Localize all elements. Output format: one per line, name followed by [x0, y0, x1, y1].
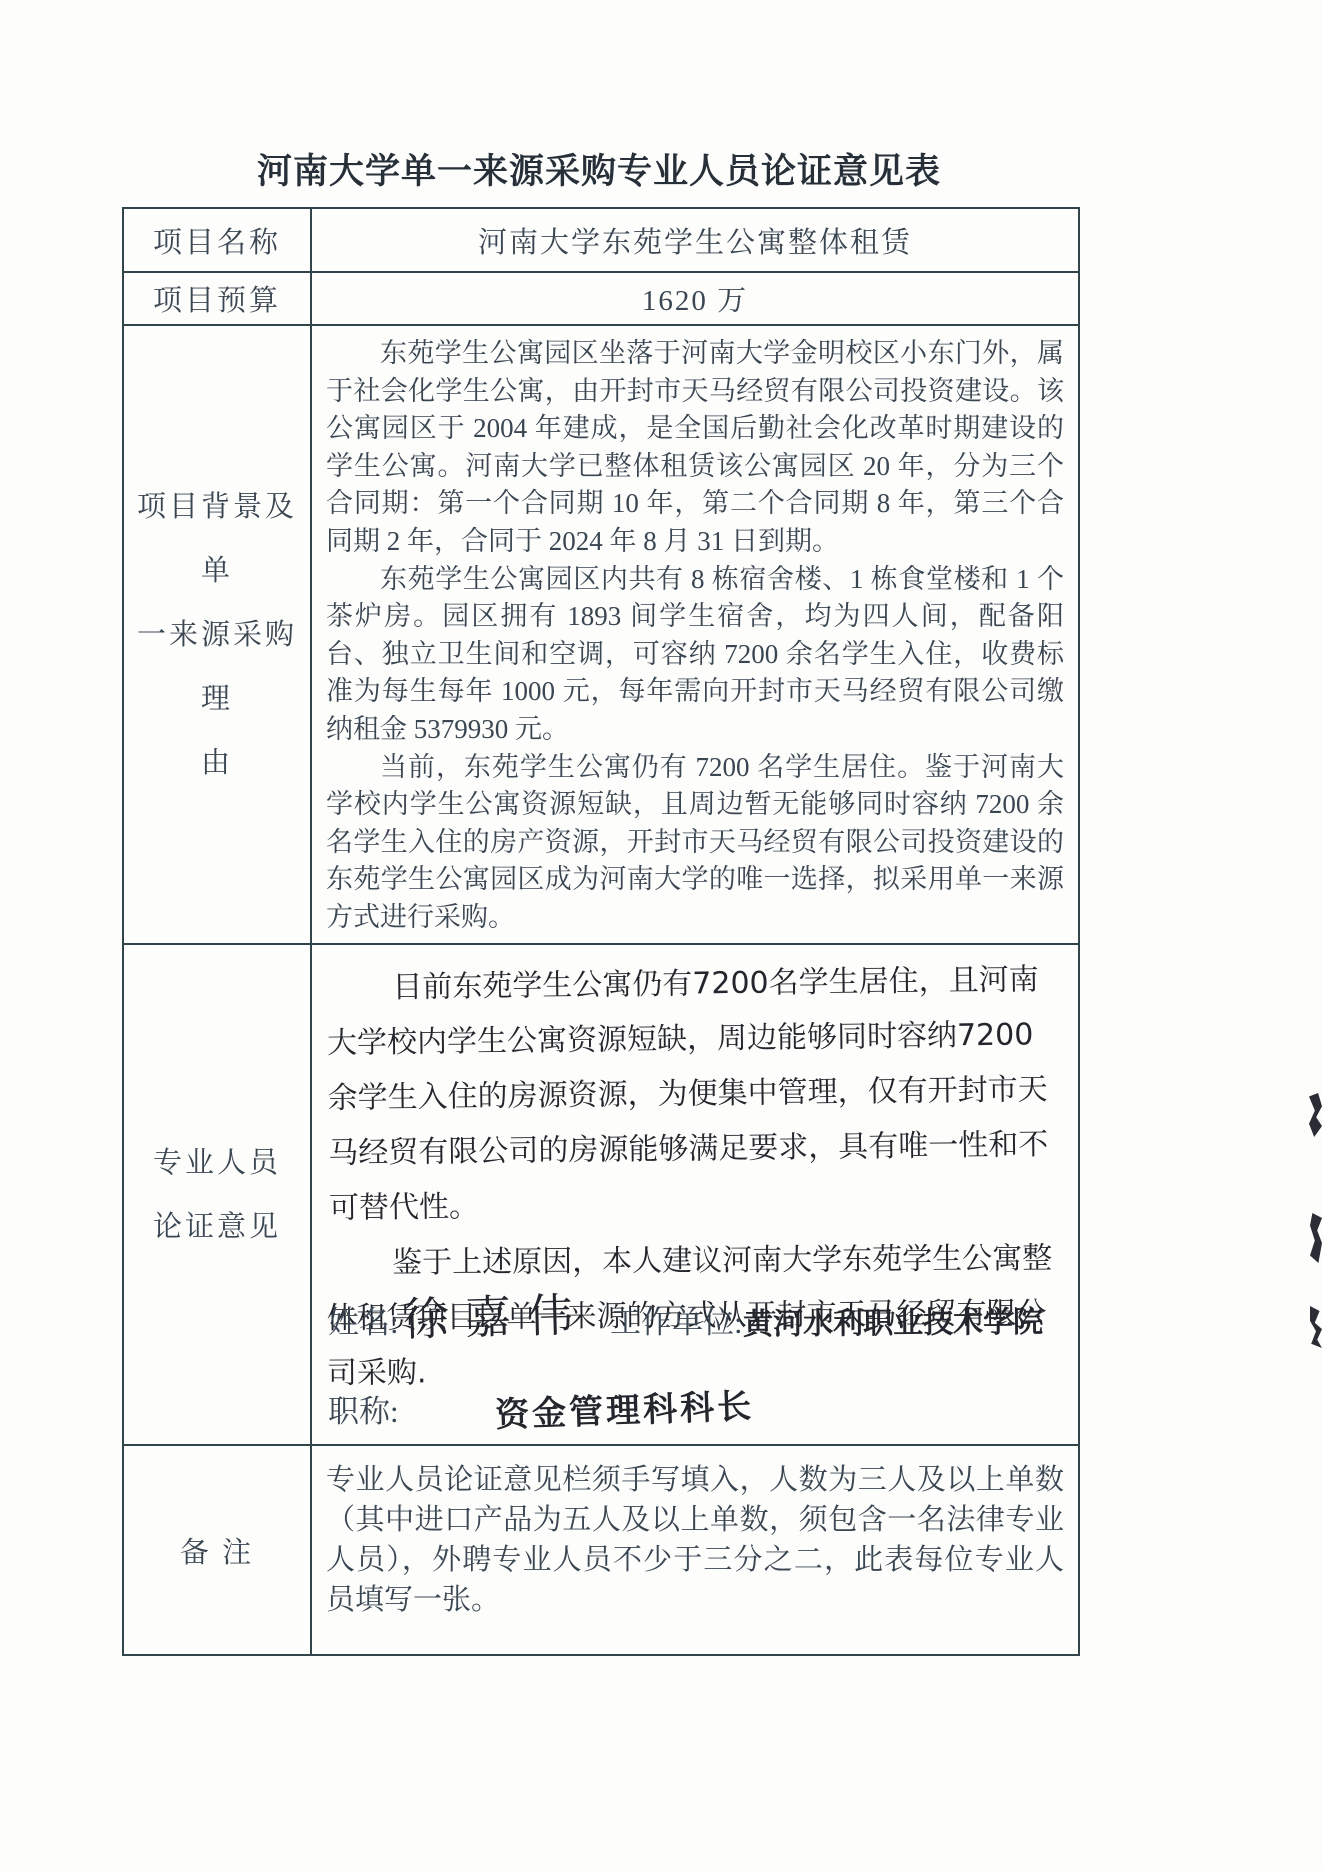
budget-value: 1620 万 [312, 273, 1078, 324]
name-label: 姓名: [328, 1297, 399, 1342]
remarks-text: 专业人员论证意见栏须手写填入，人数为三人及以上单数（其中进口产品为五人及以上单数… [312, 1446, 1078, 1620]
work-unit-label: 工作单位: [610, 1297, 743, 1342]
opinion-label-line: 论证意见 [153, 1195, 281, 1259]
table-row-opinion: 专业人员 论证意见 目前东苑学生公寓仍有7200名学生居住，且河南大学校内学生公… [124, 943, 1078, 1444]
document-title: 河南大学单一来源采购专业人员论证意见表 [122, 144, 1076, 194]
remarks-value-cell: 专业人员论证意见栏须手写填入，人数为三人及以上单数（其中进口产品为五人及以上单数… [312, 1446, 1078, 1654]
background-label-line: 一来源采购理 [124, 603, 310, 731]
background-label: 项目背景及单 一来源采购理 由 [124, 326, 312, 943]
project-name-label: 项目名称 [124, 209, 312, 271]
background-text: 东苑学生公寓园区坐落于河南大学金明校区小东门外，属于社会化学生公寓，由开封市天马… [312, 326, 1078, 937]
background-value-cell: 东苑学生公寓园区坐落于河南大学金明校区小东门外，属于社会化学生公寓，由开封市天马… [312, 326, 1078, 943]
budget-label: 项目预算 [124, 273, 312, 324]
signature-unit-group: 工作单位: 黄河水利职业技术学院 [610, 1297, 1043, 1342]
background-label-line: 项目背景及单 [124, 475, 310, 603]
remarks-label: 备 注 [124, 1446, 312, 1654]
work-unit-value: 黄河水利职业技术学院 [742, 1297, 1042, 1344]
form-table: 项目名称 河南大学东苑学生公寓整体租赁 项目预算 1620 万 项目背景及单 一… [122, 207, 1080, 1656]
background-paragraph: 东苑学生公寓园区内共有 8 栋宿舍楼、1 栋食堂楼和 1 个茶炉房。园区拥有 1… [326, 561, 1064, 749]
table-row-remarks: 备 注 专业人员论证意见栏须手写填入，人数为三人及以上单数（其中进口产品为五人及… [124, 1444, 1078, 1654]
job-title-label: 职称: [328, 1386, 399, 1431]
background-paragraph: 东苑学生公寓园区坐落于河南大学金明校区小东门外，属于社会化学生公寓，由开封市天马… [326, 335, 1064, 561]
table-row-background: 项目背景及单 一来源采购理 由 东苑学生公寓园区坐落于河南大学金明校区小东门外，… [124, 324, 1078, 943]
table-row-budget: 项目预算 1620 万 [124, 271, 1078, 324]
signature-title-row: 职称: 资金管理科科长 [328, 1383, 754, 1432]
table-row-project-name: 项目名称 河南大学东苑学生公寓整体租赁 [124, 209, 1078, 271]
name-signature: 徐嘉伟 [402, 1279, 590, 1350]
scanned-document-page: 河南大学单一来源采购专业人员论证意见表 项目名称 河南大学东苑学生公寓整体租赁 … [0, 0, 1322, 1871]
handwritten-paragraph: 目前东苑学生公寓仍有7200名学生居住，且河南大学校内学生公寓资源短缺，周边能够… [326, 952, 1063, 1236]
project-name-value: 河南大学东苑学生公寓整体租赁 [312, 209, 1078, 271]
scan-edge-artifact [1310, 1213, 1322, 1263]
background-paragraph: 当前，东苑学生公寓仍有 7200 名学生居住。鉴于河南大学校内学生公寓资源短缺，… [326, 749, 1064, 937]
opinion-value-cell: 目前东苑学生公寓仍有7200名学生居住，且河南大学校内学生公寓资源短缺，周边能够… [312, 945, 1078, 1444]
background-label-line: 由 [201, 731, 233, 795]
scan-edge-artifact [1310, 1306, 1322, 1348]
opinion-label-line: 专业人员 [153, 1131, 281, 1195]
opinion-label: 专业人员 论证意见 [124, 945, 312, 1444]
scan-edge-artifact [1309, 1093, 1322, 1137]
job-title-value: 资金管理科科长 [494, 1378, 755, 1436]
